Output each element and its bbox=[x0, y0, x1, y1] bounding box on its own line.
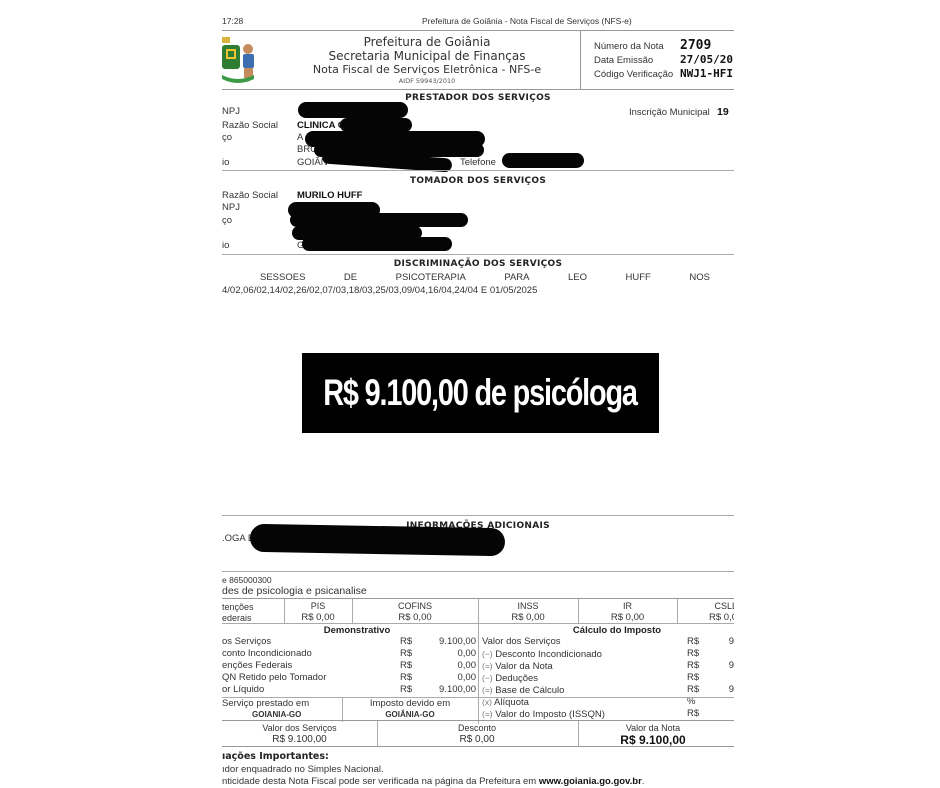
retencoes-label: tenções ederais bbox=[222, 602, 284, 623]
prestador-telefone-label: Telefone bbox=[460, 157, 496, 168]
calculo-value: 9 bbox=[722, 660, 734, 672]
demonstrativo-value: 0,00 bbox=[422, 672, 476, 684]
local-devido: Imposto devido em GOIÂNIA-GO bbox=[342, 698, 478, 721]
aidf-number: AIDF 59943/2010 bbox=[282, 77, 572, 86]
demonstrativo-label: os Serviços bbox=[222, 636, 271, 648]
headline-text: R$ 9.100,00 de psicóloga bbox=[324, 372, 638, 414]
divider bbox=[222, 515, 734, 516]
tomador-endereco-label: ço bbox=[222, 215, 232, 226]
retencao-cofins: COFINSR$ 0,00 bbox=[352, 601, 478, 623]
discriminacao-word: PARA bbox=[504, 272, 529, 283]
header-divider bbox=[580, 31, 581, 89]
inscricao-municipal-value: 19 bbox=[717, 106, 729, 118]
calculo-label: (−) Deduções bbox=[482, 672, 538, 684]
demonstrativo-currency: R$ bbox=[400, 660, 412, 672]
tomador-cnpj-label: NPJ bbox=[222, 202, 240, 213]
local-row: Serviço prestado em GOIANIA-GO Imposto d… bbox=[222, 697, 734, 721]
calculo-label: (−) Desconto Incondicionado bbox=[482, 648, 602, 660]
demonstrativo-currency: R$ bbox=[400, 672, 412, 684]
tomador-razao-value: MURILO HUFF bbox=[297, 190, 362, 201]
discriminacao-word: PSICOTERAPIA bbox=[396, 272, 466, 283]
atividade-description: des de psicologia e psicanalise bbox=[222, 585, 367, 597]
discriminacao-word: HUFF bbox=[626, 272, 651, 283]
retencao-ir: IRR$ 0,00 bbox=[578, 601, 677, 623]
prestador-municipio-label: io bbox=[222, 157, 229, 168]
codigo-value: NWJ1-HFI bbox=[680, 67, 733, 80]
demonstrativo-value: 0,00 bbox=[422, 648, 476, 660]
calculo-value: 9 bbox=[722, 636, 734, 648]
calculo-currency: R$ bbox=[687, 684, 699, 696]
retencao-inss: INSSR$ 0,00 bbox=[478, 601, 578, 623]
calculo-title: Cálculo do Imposto bbox=[542, 625, 692, 636]
data-emissao-value: 27/05/20 bbox=[680, 53, 733, 66]
operator-symbol: (=) bbox=[482, 661, 493, 671]
discriminacao-line-2: 4/02,06/02,14/02,26/02,07/03,18/03,25/03… bbox=[222, 285, 734, 296]
calculo-currency: R$ bbox=[687, 672, 699, 684]
demonstrativo-currency: R$ bbox=[400, 648, 412, 660]
calculo-currency: R$ bbox=[687, 660, 699, 672]
operator-symbol: (=) bbox=[482, 685, 493, 695]
demonstrativo-label: QN Retido pelo Tomador bbox=[222, 672, 326, 684]
calculo-value bbox=[722, 648, 734, 660]
discriminacao-word: LEO bbox=[568, 272, 587, 283]
nfse-header: Prefeitura de Goiânia Secretaria Municip… bbox=[222, 30, 734, 90]
numero-label: Número da Nota bbox=[594, 40, 680, 54]
total-nota: Valor da Nota R$ 9.100,00 bbox=[578, 723, 728, 746]
demonstrativo-currency: R$ bbox=[400, 636, 412, 648]
note-identification: Número da Nota2709 Data Emissão27/05/20 … bbox=[594, 39, 733, 81]
calculo-currency: R$ bbox=[687, 648, 699, 660]
local-prestado: Serviço prestado em GOIANIA-GO bbox=[222, 698, 340, 721]
discriminacao-word: NOS bbox=[689, 272, 710, 283]
redaction-mark bbox=[290, 213, 468, 227]
headline-banner: R$ 9.100,00 de psicóloga bbox=[302, 353, 659, 433]
print-time: 17:28 bbox=[222, 16, 243, 26]
issuer-block: Prefeitura de Goiânia Secretaria Municip… bbox=[282, 35, 572, 86]
demonstrativo-label: or Líquido bbox=[222, 684, 264, 696]
demonstrativo-value: 9.100,00 bbox=[422, 636, 476, 648]
divider bbox=[222, 571, 734, 572]
prestador-title: PRESTADOR DOS SERVIÇOS bbox=[222, 93, 734, 103]
tomador-title: TOMADOR DOS SERVIÇOS bbox=[222, 176, 734, 186]
demonstrativo-value: 9.100,00 bbox=[422, 684, 476, 696]
observacoes-title: ıações Importantes: bbox=[222, 751, 329, 762]
discriminacao-title: DISCRIMINAÇÃO DOS SERVIÇOS bbox=[222, 259, 734, 269]
retencao-csll: CSLLR$ 0,0 bbox=[677, 601, 734, 623]
numero-value: 2709 bbox=[680, 38, 711, 53]
demonstrativo-label: enções Federais bbox=[222, 660, 292, 672]
demonstrativo-label: conto Incondicionado bbox=[222, 648, 312, 660]
prestador-razao-label: Razão Social bbox=[222, 120, 278, 131]
redaction-mark bbox=[302, 237, 452, 251]
observacoes-line-2: nticidade desta Nota Fiscal pode ser ver… bbox=[222, 776, 644, 787]
prefeitura-crest-icon bbox=[222, 35, 256, 87]
total-servicos: Valor dos Serviços R$ 9.100,00 bbox=[222, 723, 377, 746]
prestador-cnpj-label: NPJ bbox=[222, 106, 240, 117]
redaction-mark bbox=[340, 118, 412, 132]
print-title: Prefeitura de Goiânia - Nota Fiscal de S… bbox=[422, 16, 632, 26]
operator-symbol: (−) bbox=[482, 673, 493, 683]
issuer-name: Prefeitura de Goiânia bbox=[282, 35, 572, 49]
demonstrativo-title: Demonstrativo bbox=[292, 625, 422, 636]
document-type: Nota Fiscal de Serviços Eletrônica - NFS… bbox=[282, 63, 572, 77]
data-emissao-label: Data Emissão bbox=[594, 54, 680, 68]
issuer-department: Secretaria Municipal de Finanças bbox=[282, 49, 572, 63]
redaction-mark bbox=[298, 102, 408, 118]
demonstrativo-value: 0,00 bbox=[422, 660, 476, 672]
atividade-code: e 865000300 bbox=[222, 575, 272, 585]
prestador-endereco-label: ço bbox=[222, 132, 232, 143]
demonstrativo-currency: R$ bbox=[400, 684, 412, 696]
calculo-label: Valor dos Serviços bbox=[482, 636, 561, 648]
redaction-mark bbox=[250, 524, 505, 556]
totais-row: Valor dos Serviços R$ 9.100,00 Desconto … bbox=[222, 720, 734, 747]
tomador-razao-label: Razão Social bbox=[222, 190, 278, 201]
calculo-currency: R$ bbox=[687, 636, 699, 648]
divider bbox=[222, 254, 734, 255]
prefeitura-link[interactable]: www.goiania.go.gov.br bbox=[539, 776, 642, 787]
retencao-pis: PISR$ 0,00 bbox=[284, 601, 352, 623]
tomador-municipio-label: io bbox=[222, 240, 229, 251]
calculo-value bbox=[722, 672, 734, 684]
divider bbox=[222, 170, 734, 171]
inscricao-municipal-label: Inscrição Municipal bbox=[629, 107, 710, 118]
total-desconto: Desconto R$ 0,00 bbox=[377, 723, 577, 746]
retencoes-row: tenções ederais PISR$ 0,00COFINSR$ 0,00I… bbox=[222, 598, 734, 624]
discriminacao-word: SESSOES bbox=[260, 272, 305, 283]
discriminacao-word: DE bbox=[344, 272, 357, 283]
redaction-mark bbox=[502, 153, 584, 168]
discriminacao-line-1: SESSOESDEPSICOTERAPIAPARALEOHUFFNOS bbox=[222, 272, 734, 283]
operator-symbol: (−) bbox=[482, 649, 493, 659]
observacoes-line-1: ıdor enquadrado no Simples Nacional. bbox=[222, 764, 384, 775]
codigo-label: Código Verificação bbox=[594, 68, 680, 82]
nfse-top-section: 17:28 Prefeitura de Goiânia - Nota Fisca… bbox=[222, 10, 734, 310]
calculo-label: (=) Base de Cálculo bbox=[482, 684, 564, 696]
calculo-label: (=) Valor da Nota bbox=[482, 660, 553, 672]
prestador-endereco-value1: A bbox=[297, 132, 303, 143]
calculo-value: 9 bbox=[722, 684, 734, 696]
nfse-bottom-section: INFORMAÇÕES ADICIONAIS .OGA B e 86500030… bbox=[222, 512, 734, 788]
